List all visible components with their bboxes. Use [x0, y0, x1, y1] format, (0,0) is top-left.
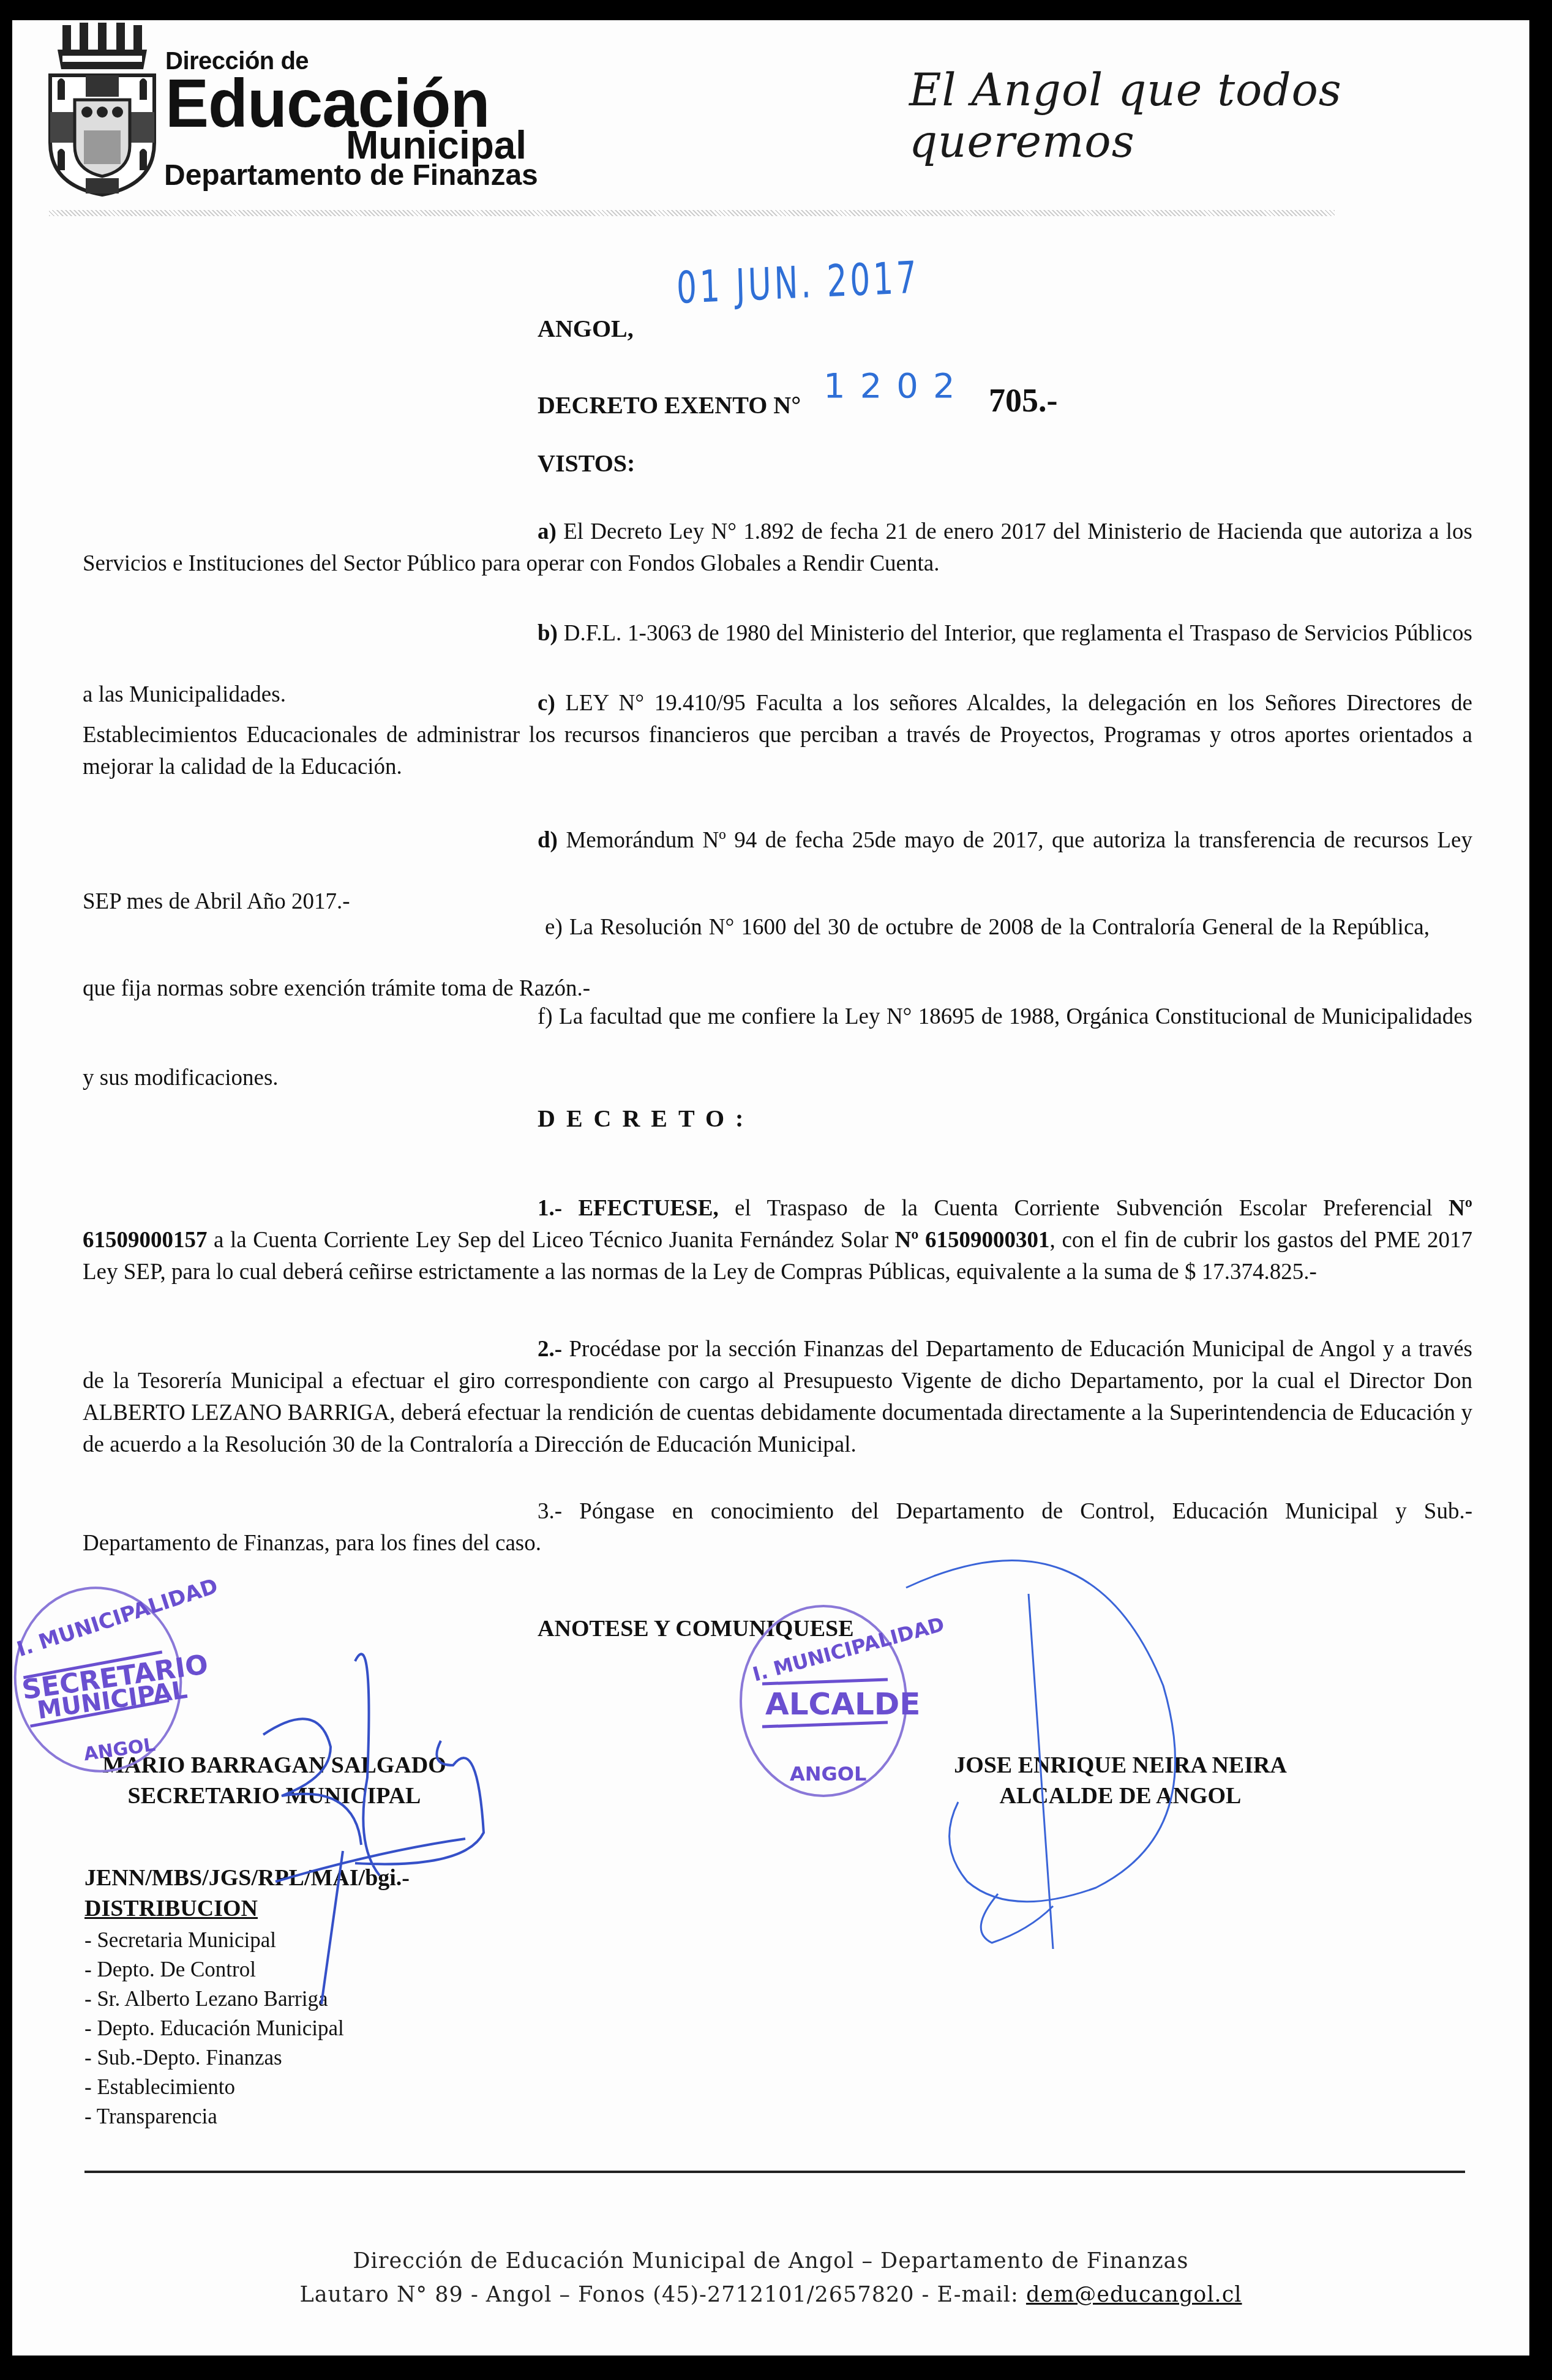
svg-text:ANGOL: ANGOL: [790, 1762, 866, 1785]
svg-text:SECRETARIO: SECRETARIO: [20, 1649, 210, 1706]
signature-block-secretario: MARIO BARRAGAN SALGADO SECRETARIO MUNICI…: [84, 1750, 464, 1811]
distribution-item: - Depto. De Control: [84, 1955, 344, 1984]
decreto-item-3: 3.- Póngase en conocimiento del Departam…: [83, 1496, 1472, 1560]
email-link[interactable]: dem@educangol.cl: [1026, 2283, 1242, 2307]
date-stamp: 01 JUN. 2017: [676, 252, 920, 313]
place-label: ANGOL,: [538, 314, 634, 343]
signer-title: SECRETARIO MUNICIPAL: [84, 1781, 464, 1811]
footer-address: Lautaro N° 89 - Angol – Fonos (45)-27121…: [299, 2283, 1018, 2307]
header-department: Departamento de Finanzas: [164, 161, 538, 190]
header-motto: El Angol que todos queremos: [909, 64, 1529, 167]
distribution-item: - Sr. Alberto Lezano Barriga: [84, 1984, 344, 2014]
visto-f: f) La facultad que me confiere la Ley N°…: [83, 986, 1472, 1109]
distribution-item: - Establecimiento: [84, 2073, 344, 2102]
footer-line-1: Dirección de Educación Municipal de Ango…: [12, 2249, 1529, 2273]
account-to: Nº 61509000301: [895, 1228, 1050, 1253]
decreto-item-2: 2.- Procédase por la sección Finanzas de…: [83, 1334, 1472, 1461]
header-divider: [49, 210, 1335, 216]
svg-text:ALCALDE: ALCALDE: [765, 1686, 920, 1722]
signer-name: MARIO BARRAGAN SALGADO: [84, 1750, 464, 1781]
distribution-item: - Sub.-Depto. Finanzas: [84, 2043, 344, 2073]
number-stamp: 1202: [823, 366, 970, 406]
vistos-title: VISTOS:: [538, 449, 635, 478]
svg-text:I. MUNICIPALIDAD: I. MUNICIPALIDAD: [14, 1574, 221, 1662]
closing-text: ANOTESE Y COMUNIQUESE: [538, 1615, 854, 1642]
svg-text:MUNICIPAL: MUNICIPAL: [36, 1676, 189, 1725]
decree-number: 705.-: [989, 381, 1057, 419]
initials: JENN/MBS/JGS/RPL/MAI/bgi.-: [84, 1864, 410, 1891]
decreto-item-1: 1.- EFECTUESE, el Traspaso de la Cuenta …: [83, 1193, 1472, 1288]
footer-line-2: Lautaro N° 89 - Angol – Fonos (45)-27121…: [12, 2283, 1529, 2307]
distribution-item: - Transparencia: [84, 2102, 344, 2131]
visto-label: a): [538, 519, 557, 544]
visto-a: a) El Decreto Ley N° 1.892 de fecha 21 d…: [83, 516, 1472, 580]
signature-block-alcalde: JOSE ENRIQUE NEIRA NEIRA ALCALDE DE ANGO…: [924, 1750, 1316, 1811]
distribution-title: DISTRIBUCION: [84, 1895, 258, 1922]
distribution-item: - Secretaria Municipal: [84, 1926, 344, 1955]
visto-label: c): [538, 691, 555, 716]
signer-title: ALCALDE DE ANGOL: [924, 1781, 1316, 1811]
visto-label: d): [538, 828, 558, 853]
signer-name: JOSE ENRIQUE NEIRA NEIRA: [924, 1750, 1316, 1781]
visto-label: b): [538, 621, 558, 646]
decree-label: DECRETO EXENTO N°: [538, 391, 801, 419]
distribution-item: - Depto. Educación Municipal: [84, 2014, 344, 2043]
distribution-list: - Secretaria Municipal - Depto. De Contr…: [84, 1926, 344, 2131]
document-page: Dirección de Educación Municipal Departa…: [12, 20, 1529, 2356]
decreto-title: DECRETO:: [538, 1104, 754, 1133]
visto-c: c) LEY N° 19.410/95 Faculta a los señore…: [83, 688, 1472, 783]
footer-divider: [84, 2171, 1465, 2173]
